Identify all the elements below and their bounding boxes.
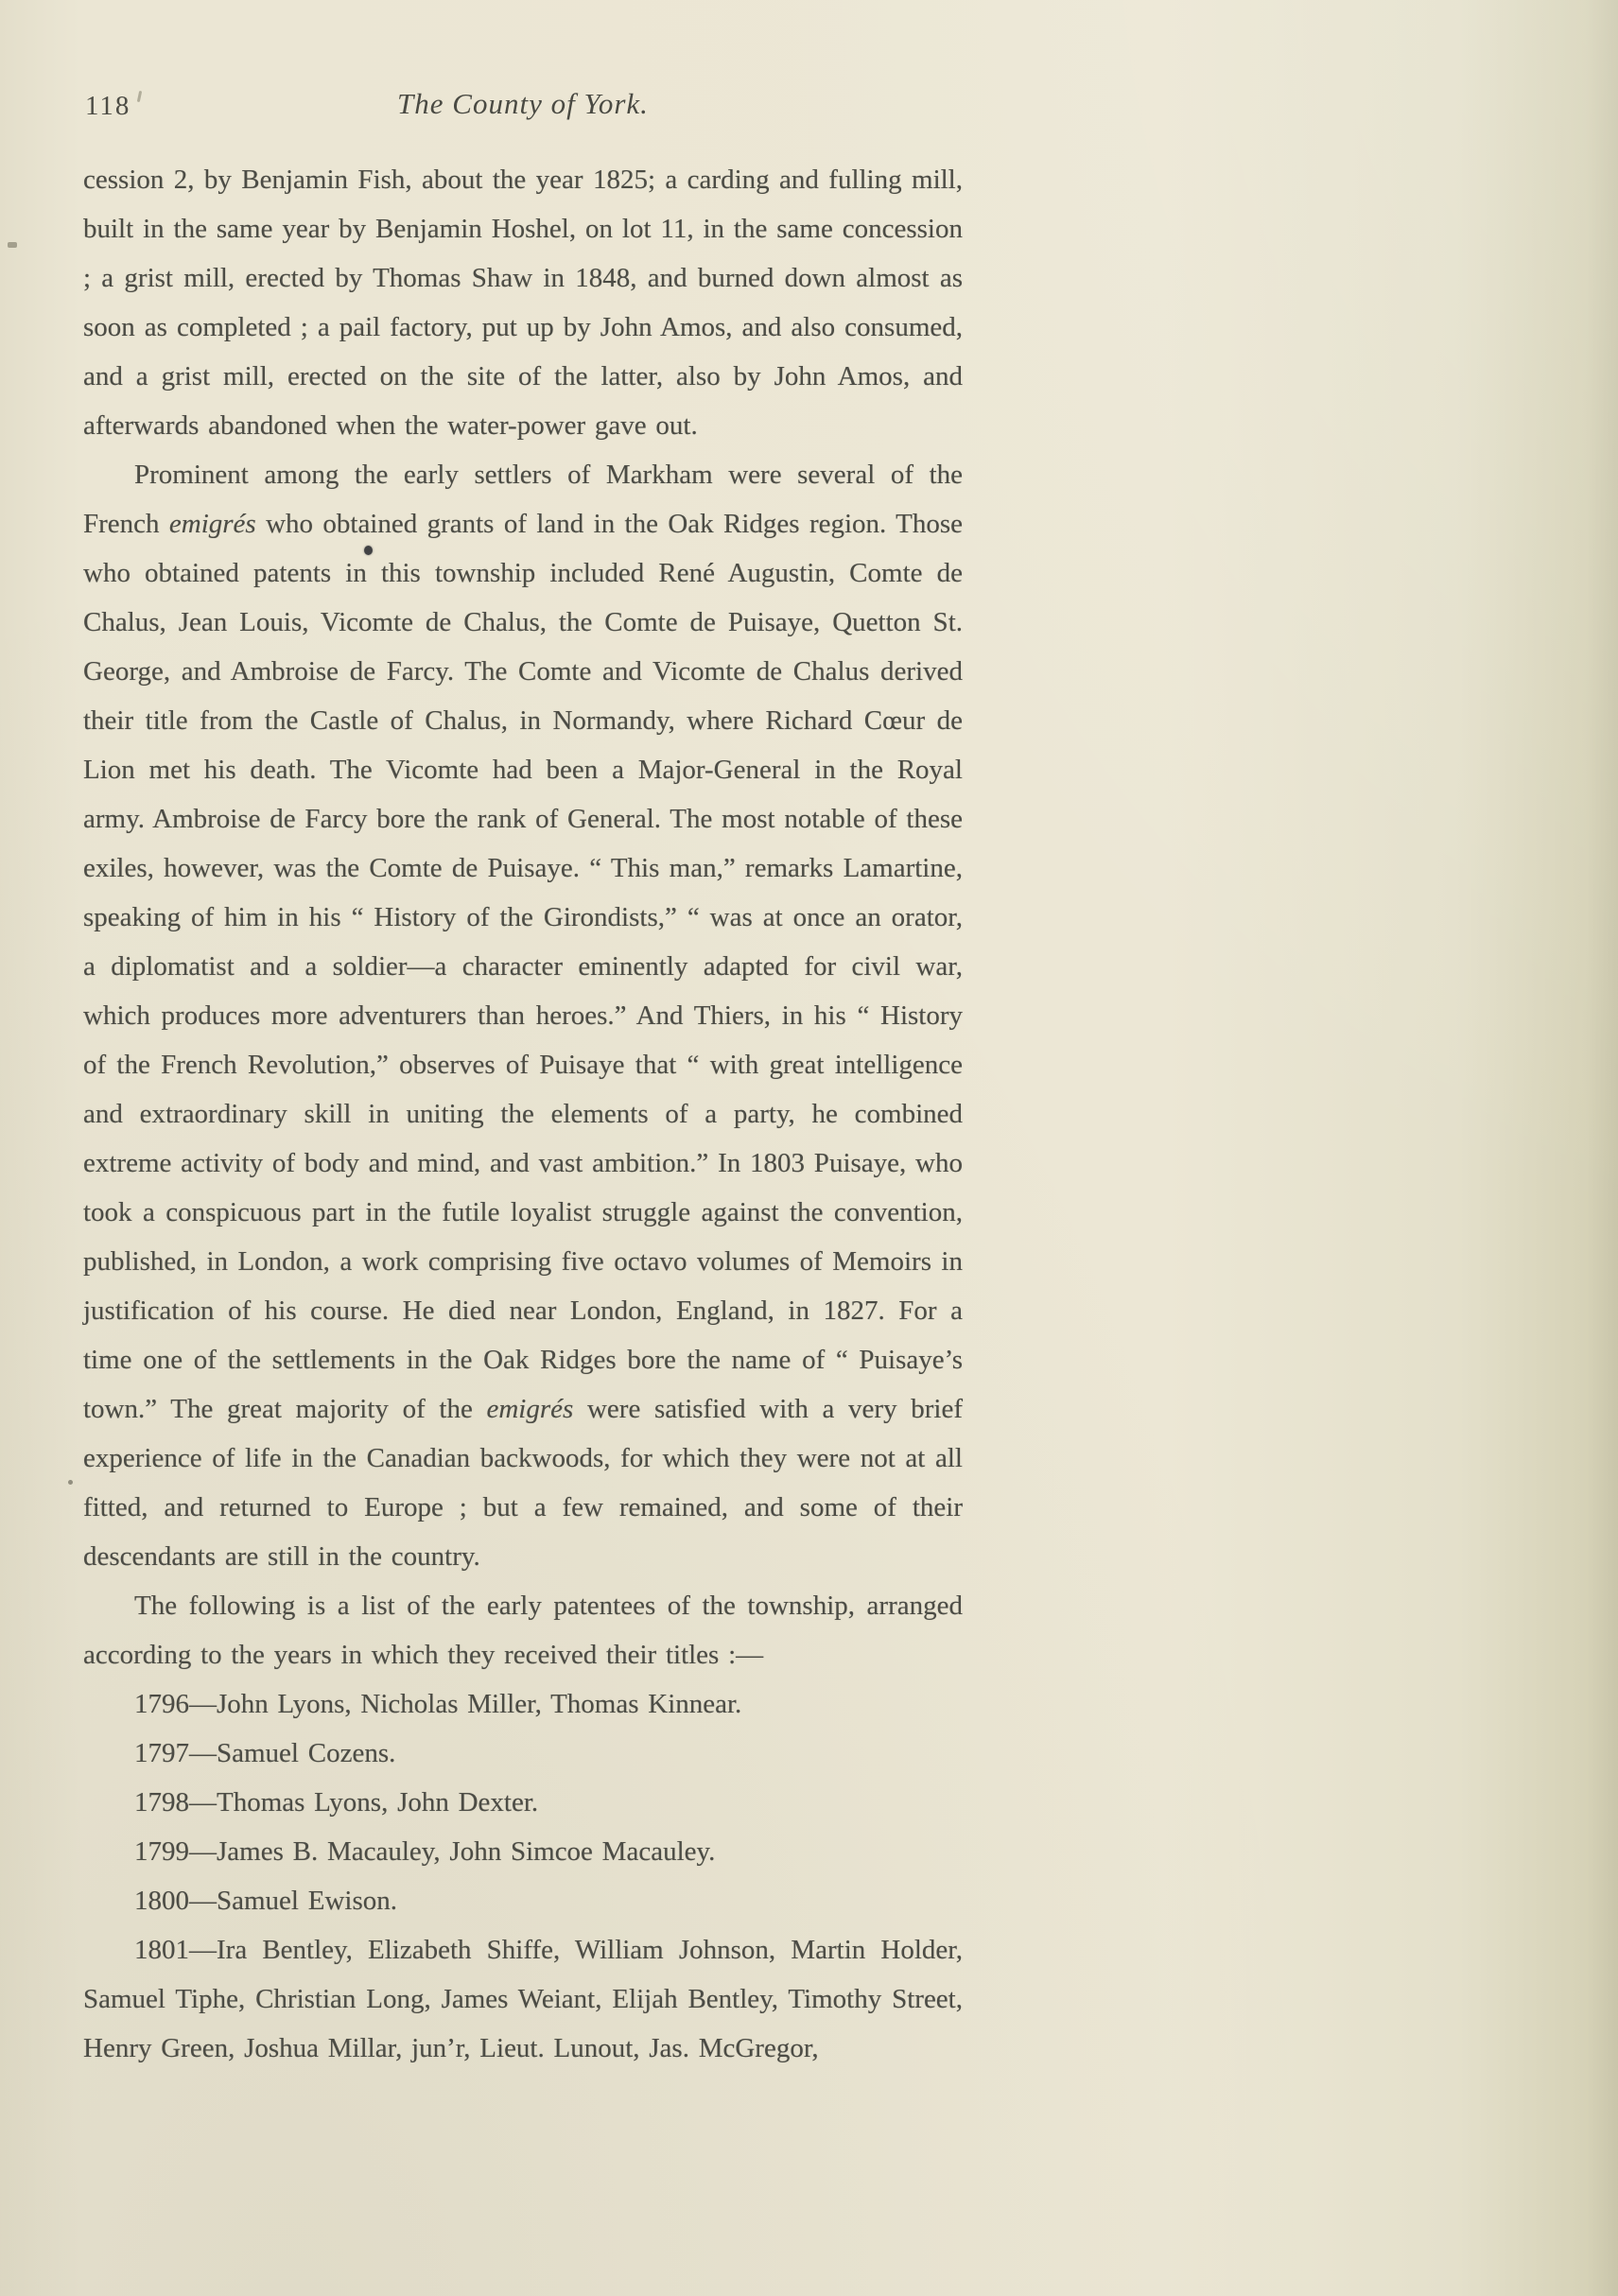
running-head: 118 The County of York. — [83, 87, 963, 129]
paragraph: Prominent among the early settlers of Ma… — [83, 450, 963, 1581]
text-segment: 1800—Samuel Ewison. — [134, 1886, 397, 1916]
paragraph: 1800—Samuel Ewison. — [83, 1876, 963, 1925]
text-segment: 1797—Samuel Cozens. — [134, 1738, 395, 1768]
page-column: 118 The County of York. cession 2, by Be… — [83, 0, 963, 2073]
text-segment: 1801—Ira Bentley, Elizabeth Shiffe, Will… — [83, 1935, 963, 2063]
paragraph: 1799—James B. Macauley, John Simcoe Maca… — [83, 1827, 963, 1876]
text-segment: who obtained grants of land in the Oak R… — [83, 509, 963, 1424]
scan-speck — [8, 242, 17, 248]
paragraph: 1801—Ira Bentley, Elizabeth Shiffe, Will… — [83, 1925, 963, 2073]
paragraph: 1796—John Lyons, Nicholas Miller, Thomas… — [83, 1679, 963, 1729]
text-segment: 1799—James B. Macauley, John Simcoe Maca… — [134, 1836, 715, 1867]
italic-text: emigrés — [169, 509, 256, 539]
text-segment: 1798—Thomas Lyons, John Dexter. — [134, 1787, 538, 1818]
scan-speck — [68, 1480, 73, 1485]
italic-text: emigrés — [486, 1394, 573, 1424]
text-segment: 1796—John Lyons, Nicholas Miller, Thomas… — [134, 1689, 741, 1719]
running-title: The County of York. — [83, 87, 963, 121]
paragraph: 1797—Samuel Cozens. — [83, 1729, 963, 1778]
paragraph: The following is a list of the early pat… — [83, 1581, 963, 1679]
paragraph: 1798—Thomas Lyons, John Dexter. — [83, 1778, 963, 1827]
paragraph: cession 2, by Benjamin Fish, about the y… — [83, 155, 963, 450]
page-body: cession 2, by Benjamin Fish, about the y… — [83, 155, 963, 2073]
text-segment: cession 2, by Benjamin Fish, about the y… — [83, 165, 963, 441]
text-segment: The following is a list of the early pat… — [83, 1591, 963, 1670]
